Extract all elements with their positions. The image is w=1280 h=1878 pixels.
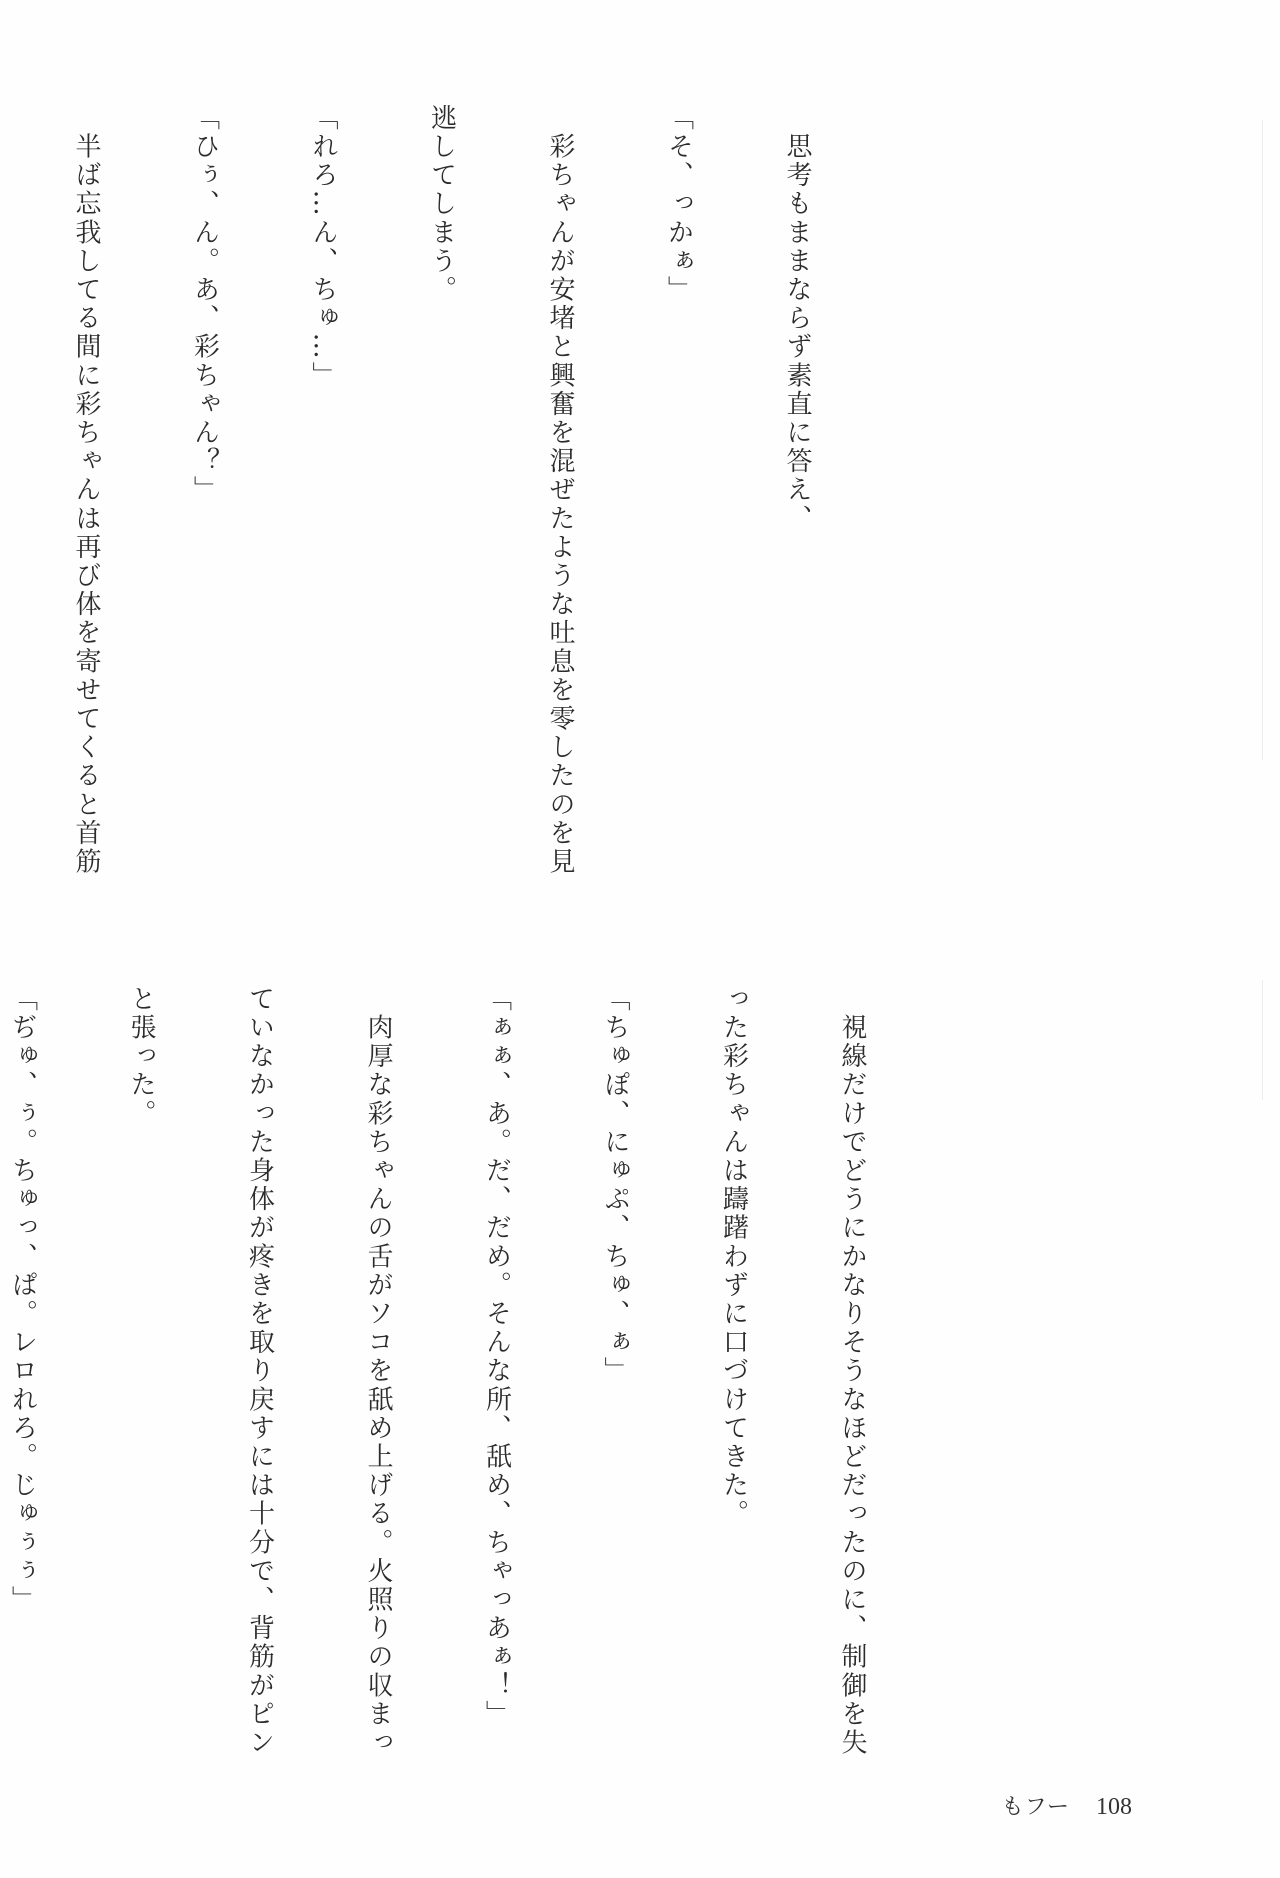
text-line: と張った。 <box>121 985 161 1725</box>
book-page: 思考もままならず素直に答え、 「そ、っかぁ」 彩ちゃんが安堵と興奮を混ぜたような… <box>0 0 1280 1878</box>
text-line: 彩ちゃんが安堵と興奮を混ぜたような吐息を零したのを見 <box>540 104 580 864</box>
page-number: 108 <box>1096 1794 1132 1821</box>
text-line: 「れろ…ん、ちゅ…」 <box>303 104 343 864</box>
text-line: 半ば忘我してる間に彩ちゃんは再び体を寄せてくると首筋 <box>66 104 106 864</box>
scan-crease-mark <box>1262 980 1263 1100</box>
text-line: 「ひぅ、ん。あ、彩ちゃん？」 <box>184 104 224 864</box>
text-line: ていなかった身体が疼きを取り戻すには十分で、背筋がピン <box>239 985 279 1725</box>
text-line: 「そ、っかぁ」 <box>658 104 698 864</box>
scan-crease-mark <box>1262 120 1263 760</box>
text-line: 「ぢゅ、ぅ。ちゅっ、ぱ。レロれろ。じゅぅぅ」 <box>2 985 42 1725</box>
text-line: 「ちゅぽ、にゅぷ、ちゅ、ぁ」 <box>595 985 635 1725</box>
text-line: 逃してしまう。 <box>421 104 461 864</box>
text-line: 「ぁぁ、あ。だ、だめ。そんな所、舐め、ちゃっあぁ！」 <box>476 985 516 1725</box>
author-name: もフー <box>1002 1790 1070 1821</box>
page-footer: もフー 108 <box>1002 1790 1132 1821</box>
text-line: 視線だけでどうにかなりそうなほどだったのに、制御を失 <box>832 985 872 1725</box>
text-line: 肉厚な彩ちゃんの舌がソコを舐め上げる。火照りの収まっ <box>358 985 398 1725</box>
text-block-upper: 思考もままならず素直に答え、 「そ、っかぁ」 彩ちゃんが安堵と興奮を混ぜたような… <box>0 104 895 864</box>
text-line: 思考もままならず素直に答え、 <box>777 104 817 864</box>
text-block-lower: 視線だけでどうにかなりそうなほどだったのに、制御を失 った彩ちゃんは躊躇わずに口… <box>0 985 950 1725</box>
text-line: った彩ちゃんは躊躇わずに口づけてきた。 <box>713 985 753 1725</box>
